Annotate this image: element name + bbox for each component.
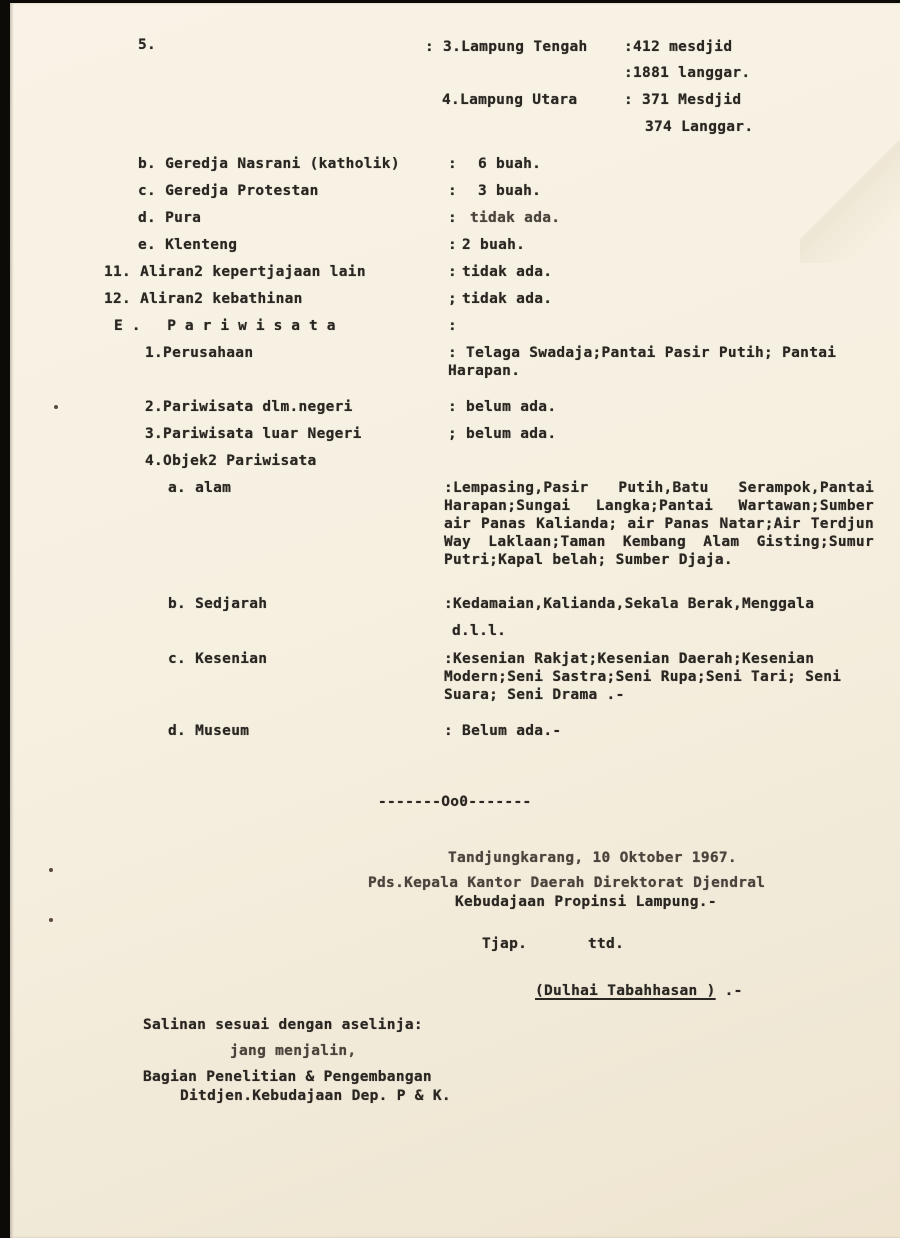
label-alam: a. alam (168, 479, 231, 497)
value-perusahaan: : Telaga Swadaja;Pantai Pasir Putih; Pan… (448, 344, 848, 380)
value-pariwisata-dalam-negeri: : belum ada. (448, 398, 556, 416)
stamp-label: Tjap. (482, 935, 527, 953)
signatory-name-text: (Dulhai Tabahhasan ) (535, 983, 716, 999)
label-sedjarah: b. Sedjarah (168, 595, 267, 613)
item-label-geredja-protestan: c. Geredja Protestan (138, 182, 319, 200)
copy-note-line1: Salinan sesuai dengan aselinja: (143, 1016, 423, 1034)
region-lampung-utara: 4.Lampung Utara (442, 91, 577, 109)
mesdjid-count-utara: : 371 Mesdjid (624, 91, 741, 109)
langgar-count-tengah: :1881 langgar. (624, 64, 750, 82)
label-museum: d. Museum (168, 722, 249, 740)
item-label-aliran-kepertjajaan: 11. Aliran2 kepertjajaan lain (104, 263, 366, 281)
label-perusahaan: 1.Perusahaan (145, 344, 253, 362)
signatory-title-line1: Pds.Kepala Kantor Daerah Direktorat Djen… (368, 874, 765, 892)
item-value-pura: tidak ada. (470, 209, 560, 227)
value-pariwisata-luar-negeri: ; belum ada. (448, 425, 556, 443)
value-museum: : Belum ada.- (444, 722, 561, 740)
item-label-pura: d. Pura (138, 209, 201, 227)
signatory-title-line2: Kebudajaan Propinsi Lampung.- (455, 893, 717, 911)
paper-fold (800, 103, 900, 263)
label-objek-pariwisata: 4.Objek2 Pariwisata (145, 452, 317, 470)
place-date: Tandjungkarang, 10 Oktober 1967. (448, 849, 737, 867)
value-sedjarah: :Kedamaian,Kalianda,Sekala Berak,Menggal… (444, 595, 814, 613)
page-number: 5. (138, 36, 156, 54)
label-kesenian: c. Kesenian (168, 650, 267, 668)
copy-note-line2: jang menjalin, (230, 1042, 356, 1060)
item-label-geredja-katholik: b. Geredja Nasrani (katholik) (138, 155, 400, 173)
item-value-geredja-katholik: 6 buah. (478, 155, 541, 173)
copy-note-line4: Ditdjen.Kebudajaan Dep. P & K. (180, 1087, 451, 1105)
margin-speck (49, 868, 53, 872)
value-alam: :Lempasing,Pasir Putih,Batu Serampok,Pan… (444, 479, 874, 569)
signatory-name-suffix: .- (725, 983, 743, 999)
margin-speck (49, 918, 53, 922)
mesdjid-count-tengah: :412 mesdjid (624, 38, 732, 56)
item-sep: : (448, 317, 457, 335)
item-sep: : (448, 209, 457, 227)
item-label-aliran-kebathinan: 12. Aliran2 kebathinan (104, 290, 303, 308)
item-label-klenteng: e. Klenteng (138, 236, 237, 254)
item-sep: : (448, 236, 457, 254)
label-pariwisata-luar-negeri: 3.Pariwisata luar Negeri (145, 425, 362, 443)
copy-note-line3: Bagian Penelitian & Pengembangan (143, 1068, 432, 1086)
region-lampung-tengah: : 3.Lampung Tengah (425, 38, 588, 56)
section-divider: -------Oo0------- (378, 793, 532, 811)
item-sep: : (448, 182, 457, 200)
value-sedjarah-dll: d.l.l. (452, 622, 506, 640)
item-value-aliran-kepertjajaan: tidak ada. (462, 263, 552, 281)
item-value-aliran-kebathinan: tidak ada. (462, 290, 552, 308)
item-sep: : (448, 155, 457, 173)
item-sep: ; (448, 290, 457, 308)
item-value-klenteng: 2 buah. (462, 236, 525, 254)
section-heading-pariwisata: E. Pariwisata (114, 317, 345, 335)
signatory-name: (Dulhai Tabahhasan ) .- (535, 982, 743, 1000)
value-kesenian: :Kesenian Rakjat;Kesenian Daerah;Kesenia… (444, 650, 876, 704)
langgar-count-utara: 374 Langgar. (645, 118, 753, 136)
item-value-geredja-protestan: 3 buah. (478, 182, 541, 200)
label-pariwisata-dalam-negeri: 2.Pariwisata dlm.negeri (145, 398, 353, 416)
margin-speck (54, 405, 58, 409)
signed-label: ttd. (588, 935, 624, 953)
item-sep: : (448, 263, 457, 281)
